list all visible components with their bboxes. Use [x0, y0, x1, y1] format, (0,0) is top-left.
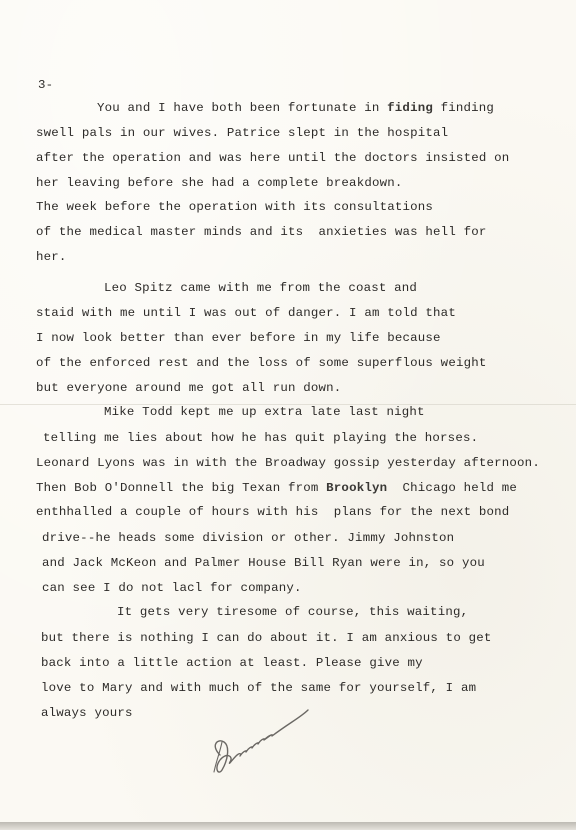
text-line: swell pals in our wives. Patrice slept i…	[36, 126, 448, 140]
text-line: love to Mary and with much of the same f…	[41, 681, 476, 695]
text-line: drive--he heads some division or other. …	[42, 531, 454, 545]
text-line: but everyone around me got all run down.	[36, 381, 341, 395]
text-line: Leonard Lyons was in with the Broadway g…	[36, 456, 540, 470]
text-line: can see I do not lacl for company.	[42, 581, 302, 595]
text-line: Mike Todd kept me up extra late last nig…	[104, 405, 425, 419]
text-line: staid with me until I was out of danger.…	[36, 306, 456, 320]
struck-word: Brooklyn	[326, 481, 387, 495]
text-line: always yours	[41, 706, 133, 720]
text-line: her.	[36, 250, 67, 264]
text-line: of the medical master minds and its anxi…	[36, 225, 487, 239]
text-line: It gets very tiresome of course, this wa…	[117, 605, 468, 619]
text-line: You and I have both been fortunate in fi…	[97, 101, 494, 115]
letter-page: 3- You and I have both been fortunate in…	[0, 0, 576, 822]
text-line: and Jack McKeon and Palmer House Bill Ry…	[42, 556, 485, 570]
text-line: Then Bob O'Donnell the big Texan from Br…	[36, 481, 517, 495]
text-line: her leaving before she had a complete br…	[36, 176, 403, 190]
text-line: telling me lies about how he has quit pl…	[43, 431, 478, 445]
text-line: I now look better than ever before in my…	[36, 331, 441, 345]
text-line: The week before the operation with its c…	[36, 200, 433, 214]
text-line: Leo Spitz came with me from the coast an…	[104, 281, 417, 295]
text-line: of the enforced rest and the loss of som…	[36, 356, 487, 370]
page-number: 3-	[38, 78, 53, 92]
text-line: enthhalled a couple of hours with his pl…	[36, 505, 509, 519]
handwritten-signature	[200, 700, 310, 780]
struck-word: fiding	[387, 101, 433, 115]
paper-bottom-edge	[0, 822, 576, 830]
text-line: after the operation and was here until t…	[36, 151, 509, 165]
text-line: back into a little action at least. Plea…	[41, 656, 423, 670]
text-line: but there is nothing I can do about it. …	[41, 631, 492, 645]
